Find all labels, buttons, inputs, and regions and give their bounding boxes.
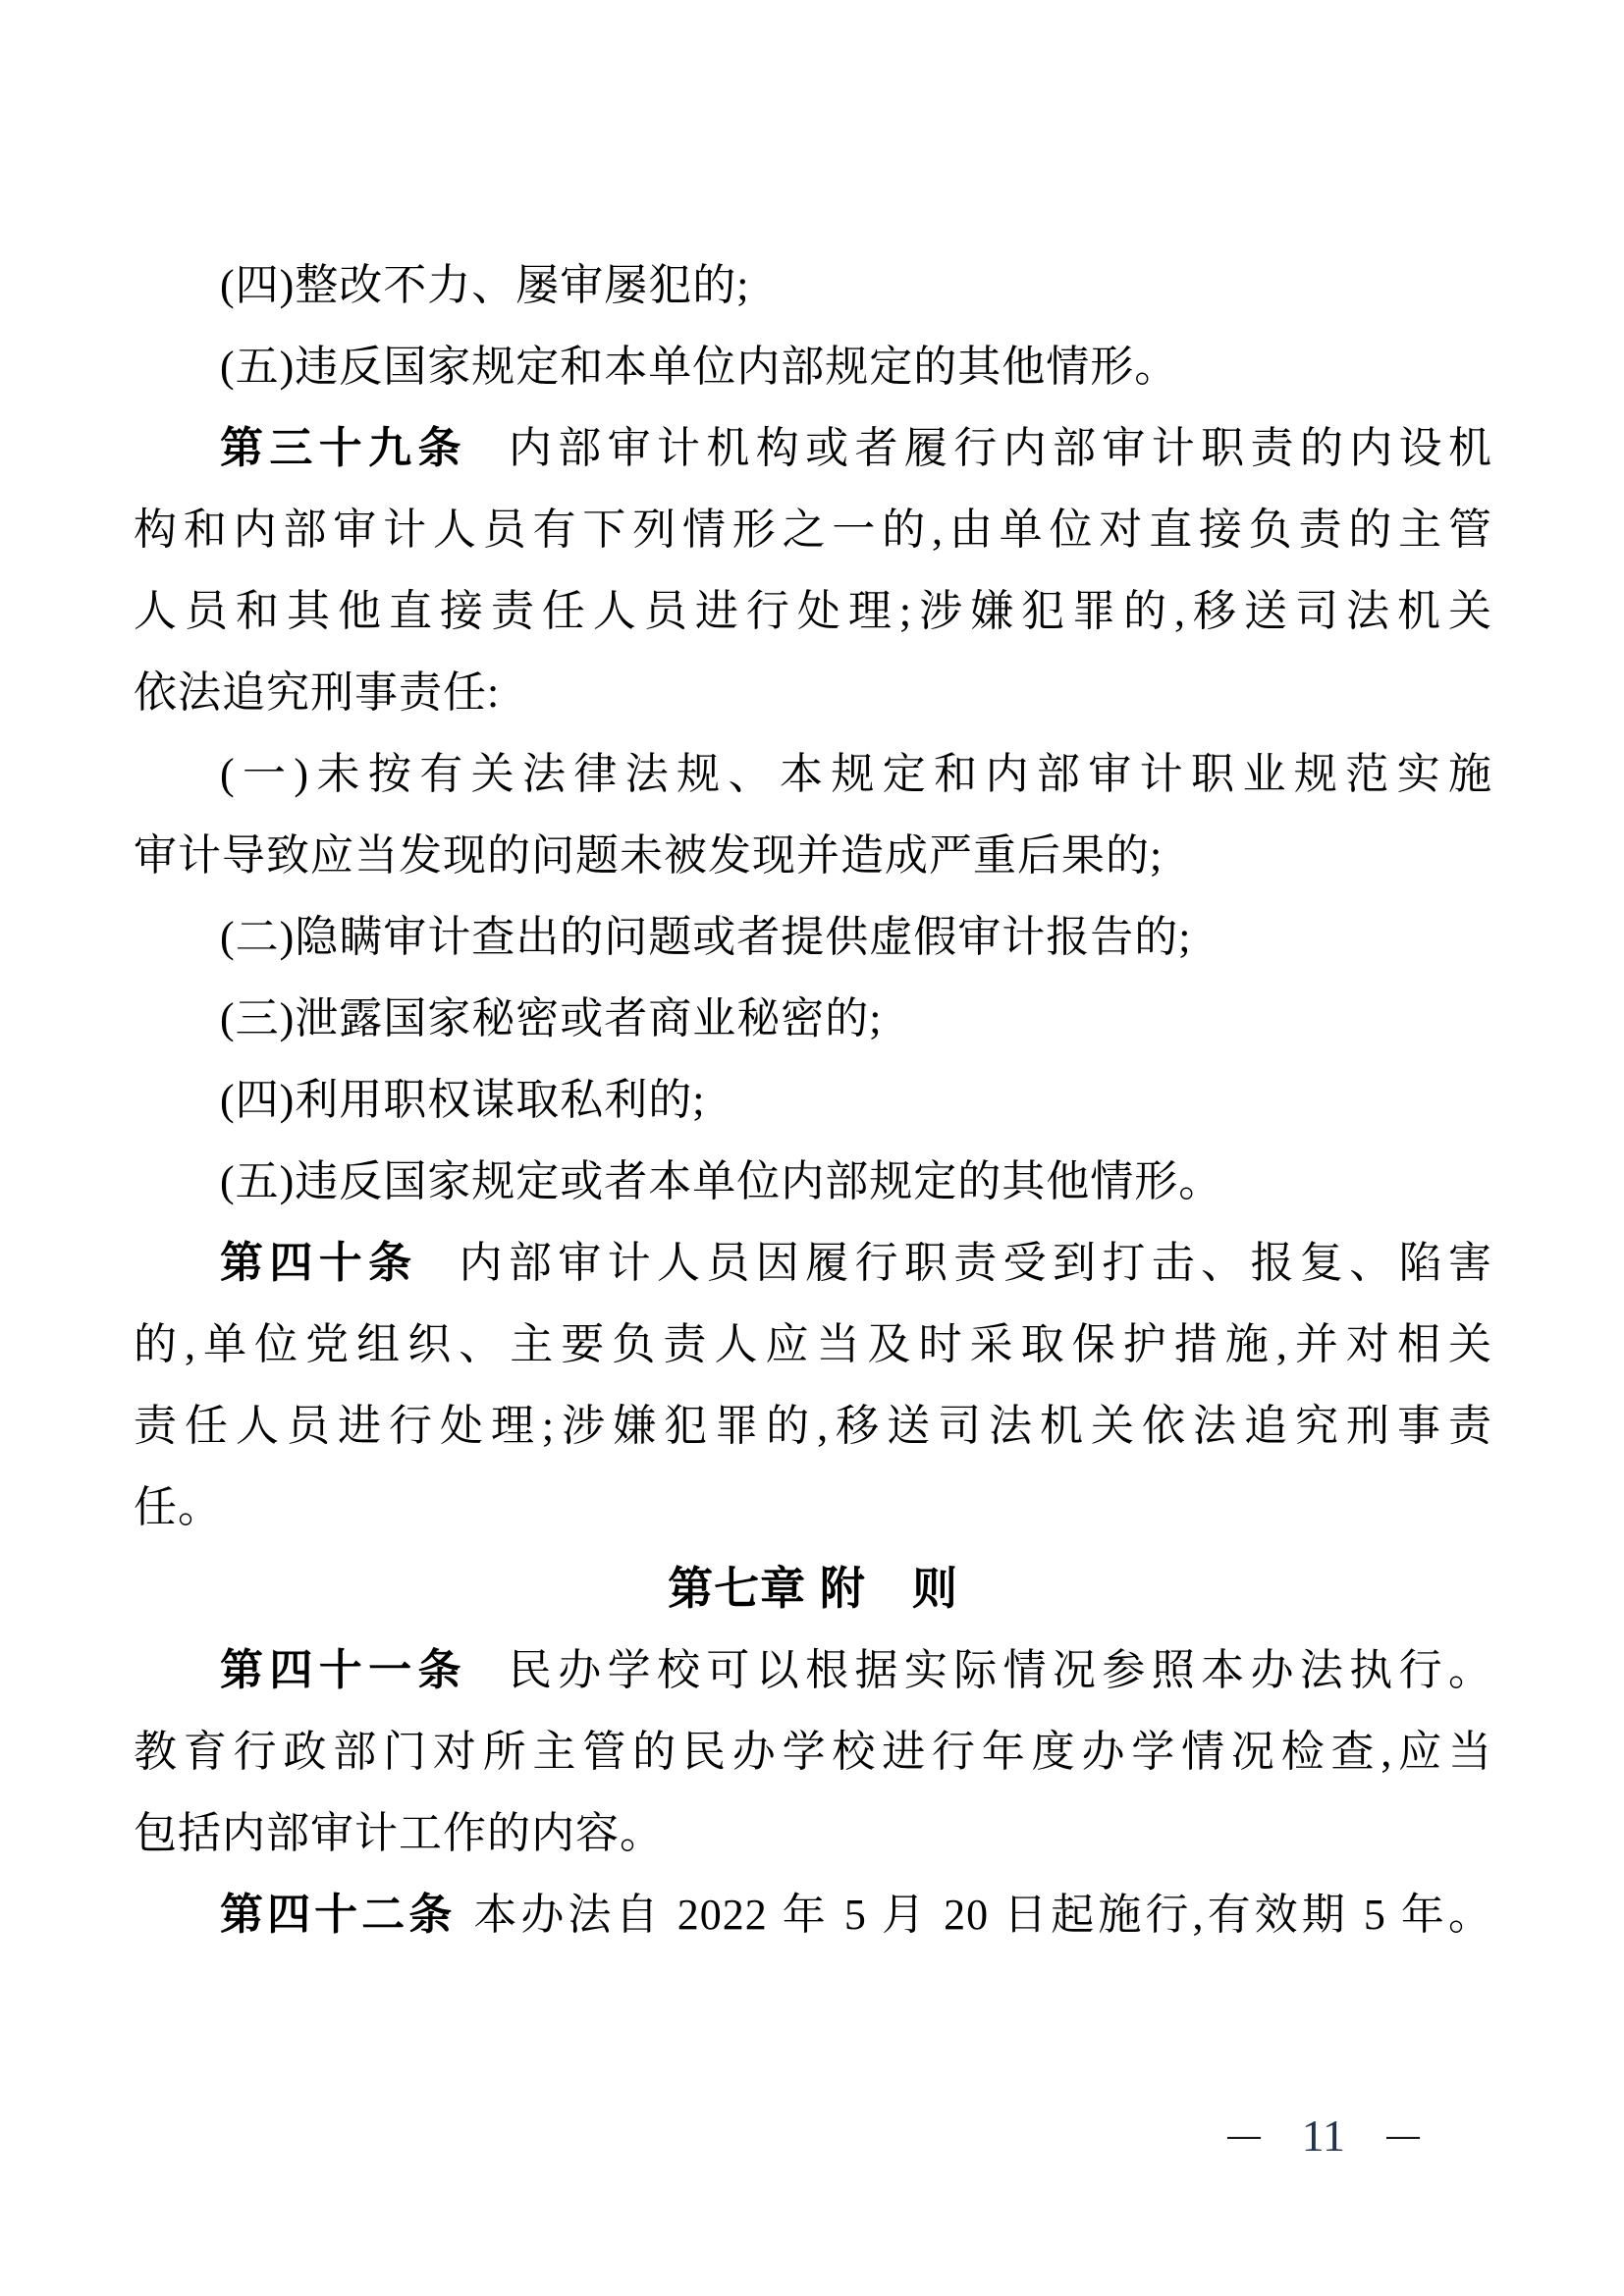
article-text: 内部审计机构或者履行内部审计职责的内设机 xyxy=(509,424,1492,472)
clause-text: (四)整改不力、屡审屡犯的; xyxy=(220,261,750,309)
document-page: (四)整改不力、屡审屡犯的; (五)违反国家规定和本单位内部规定的其他情形。 第… xyxy=(0,0,1624,2296)
paragraph-line: 依法追究刑事责任: xyxy=(134,652,1492,733)
article-number: 第三十九条 xyxy=(220,424,467,472)
article-39-line: 第三十九条内部审计机构或者履行内部审计职责的内设机 xyxy=(134,407,1492,489)
paragraph-line: 任。 xyxy=(134,1467,1492,1548)
clause-item-5b-line: (五)违反国家规定或者本单位内部规定的其他情形。 xyxy=(134,1141,1492,1222)
article-text: 民办学校可以根据实际情况参照本办法执行。 xyxy=(509,1646,1492,1694)
paragraph-line: 人员和其他直接责任人员进行处理;涉嫌犯罪的,移送司法机关 xyxy=(134,570,1492,652)
clause-item-3-line: (三)泄露国家秘密或者商业秘密的; xyxy=(134,978,1492,1059)
clause-item-4-line: (四)整改不力、屡审屡犯的; xyxy=(134,244,1492,326)
paragraph-text: 依法追究刑事责任: xyxy=(134,668,500,717)
paragraph-text: 构和内部审计人员有下列情形之一的,由单位对直接负责的主管 xyxy=(134,506,1492,554)
paragraph-line: 审计导致应当发现的问题未被发现并造成严重后果的; xyxy=(134,815,1492,896)
paragraph-line: 的,单位党组织、主要负责人应当及时采取保护措施,并对相关 xyxy=(134,1304,1492,1385)
paragraph-line: 包括内部审计工作的内容。 xyxy=(134,1792,1492,1874)
article-number: 第四十条 xyxy=(220,1239,418,1287)
footer-left-dash: — xyxy=(1227,2111,1261,2159)
paragraph-text: 人员和其他直接责任人员进行处理;涉嫌犯罪的,移送司法机关 xyxy=(134,587,1492,635)
clause-item-1-line: (一)未按有关法律法规、本规定和内部审计职业规范实施 xyxy=(134,733,1492,815)
paragraph-text: 任。 xyxy=(134,1483,222,1531)
paragraph-text: 审计导致应当发现的问题未被发现并造成严重后果的; xyxy=(134,831,1163,880)
clause-item-2-line: (二)隐瞒审计查出的问题或者提供虚假审计报告的; xyxy=(134,896,1492,978)
paragraph-line: 构和内部审计人员有下列情形之一的,由单位对直接负责的主管 xyxy=(134,489,1492,570)
clause-text: (五)违反国家规定和本单位内部规定的其他情形。 xyxy=(220,343,1178,391)
article-42-line: 第四十二条本办法自 2022 年 5 月 20 日起施行,有效期 5 年。 xyxy=(134,1874,1492,1955)
article-number: 第四十一条 xyxy=(220,1646,467,1694)
document-body: (四)整改不力、屡审屡犯的; (五)违反国家规定和本单位内部规定的其他情形。 第… xyxy=(134,244,1492,1955)
paragraph-text: 责任人员进行处理;涉嫌犯罪的,移送司法机关依法追究刑事责 xyxy=(134,1402,1492,1450)
article-text: 内部审计人员因履行职责受到打击、报复、陷害 xyxy=(460,1239,1493,1287)
paragraph-text: 教育行政部门对所主管的民办学校进行年度办学情况检查,应当 xyxy=(134,1728,1492,1776)
paragraph-line: 教育行政部门对所主管的民办学校进行年度办学情况检查,应当 xyxy=(134,1711,1492,1792)
clause-text: (二)隐瞒审计查出的问题或者提供虚假审计报告的; xyxy=(220,913,1192,961)
chapter-heading-text: 第七章 附 则 xyxy=(668,1563,958,1614)
clause-text: (四)利用职权谋取私利的; xyxy=(220,1076,706,1124)
paragraph-line: 责任人员进行处理;涉嫌犯罪的,移送司法机关依法追究刑事责 xyxy=(134,1385,1492,1467)
clause-text: (一)未按有关法律法规、本规定和内部审计职业规范实施 xyxy=(220,750,1492,798)
page-footer: — 11 — xyxy=(1223,2106,1424,2164)
clause-item-5-line: (五)违反国家规定和本单位内部规定的其他情形。 xyxy=(134,326,1492,407)
clause-item-4b-line: (四)利用职权谋取私利的; xyxy=(134,1059,1492,1141)
clause-text: (三)泄露国家秘密或者商业秘密的; xyxy=(220,994,883,1042)
paragraph-text: 的,单位党组织、主要负责人应当及时采取保护措施,并对相关 xyxy=(134,1320,1492,1368)
article-40-line: 第四十条内部审计人员因履行职责受到打击、报复、陷害 xyxy=(134,1222,1492,1304)
chapter-heading: 第七章 附 则 xyxy=(134,1548,1492,1629)
paragraph-text: 包括内部审计工作的内容。 xyxy=(134,1809,664,1857)
article-text: 本办法自 2022 年 5 月 20 日起施行,有效期 5 年。 xyxy=(473,1891,1492,1939)
footer-right-dash: — xyxy=(1386,2111,1420,2159)
article-number: 第四十二条 xyxy=(220,1891,456,1939)
article-41-line: 第四十一条民办学校可以根据实际情况参照本办法执行。 xyxy=(134,1629,1492,1711)
clause-text: (五)违反国家规定或者本单位内部规定的其他情形。 xyxy=(220,1157,1222,1205)
page-number: 11 xyxy=(1302,2109,1345,2162)
